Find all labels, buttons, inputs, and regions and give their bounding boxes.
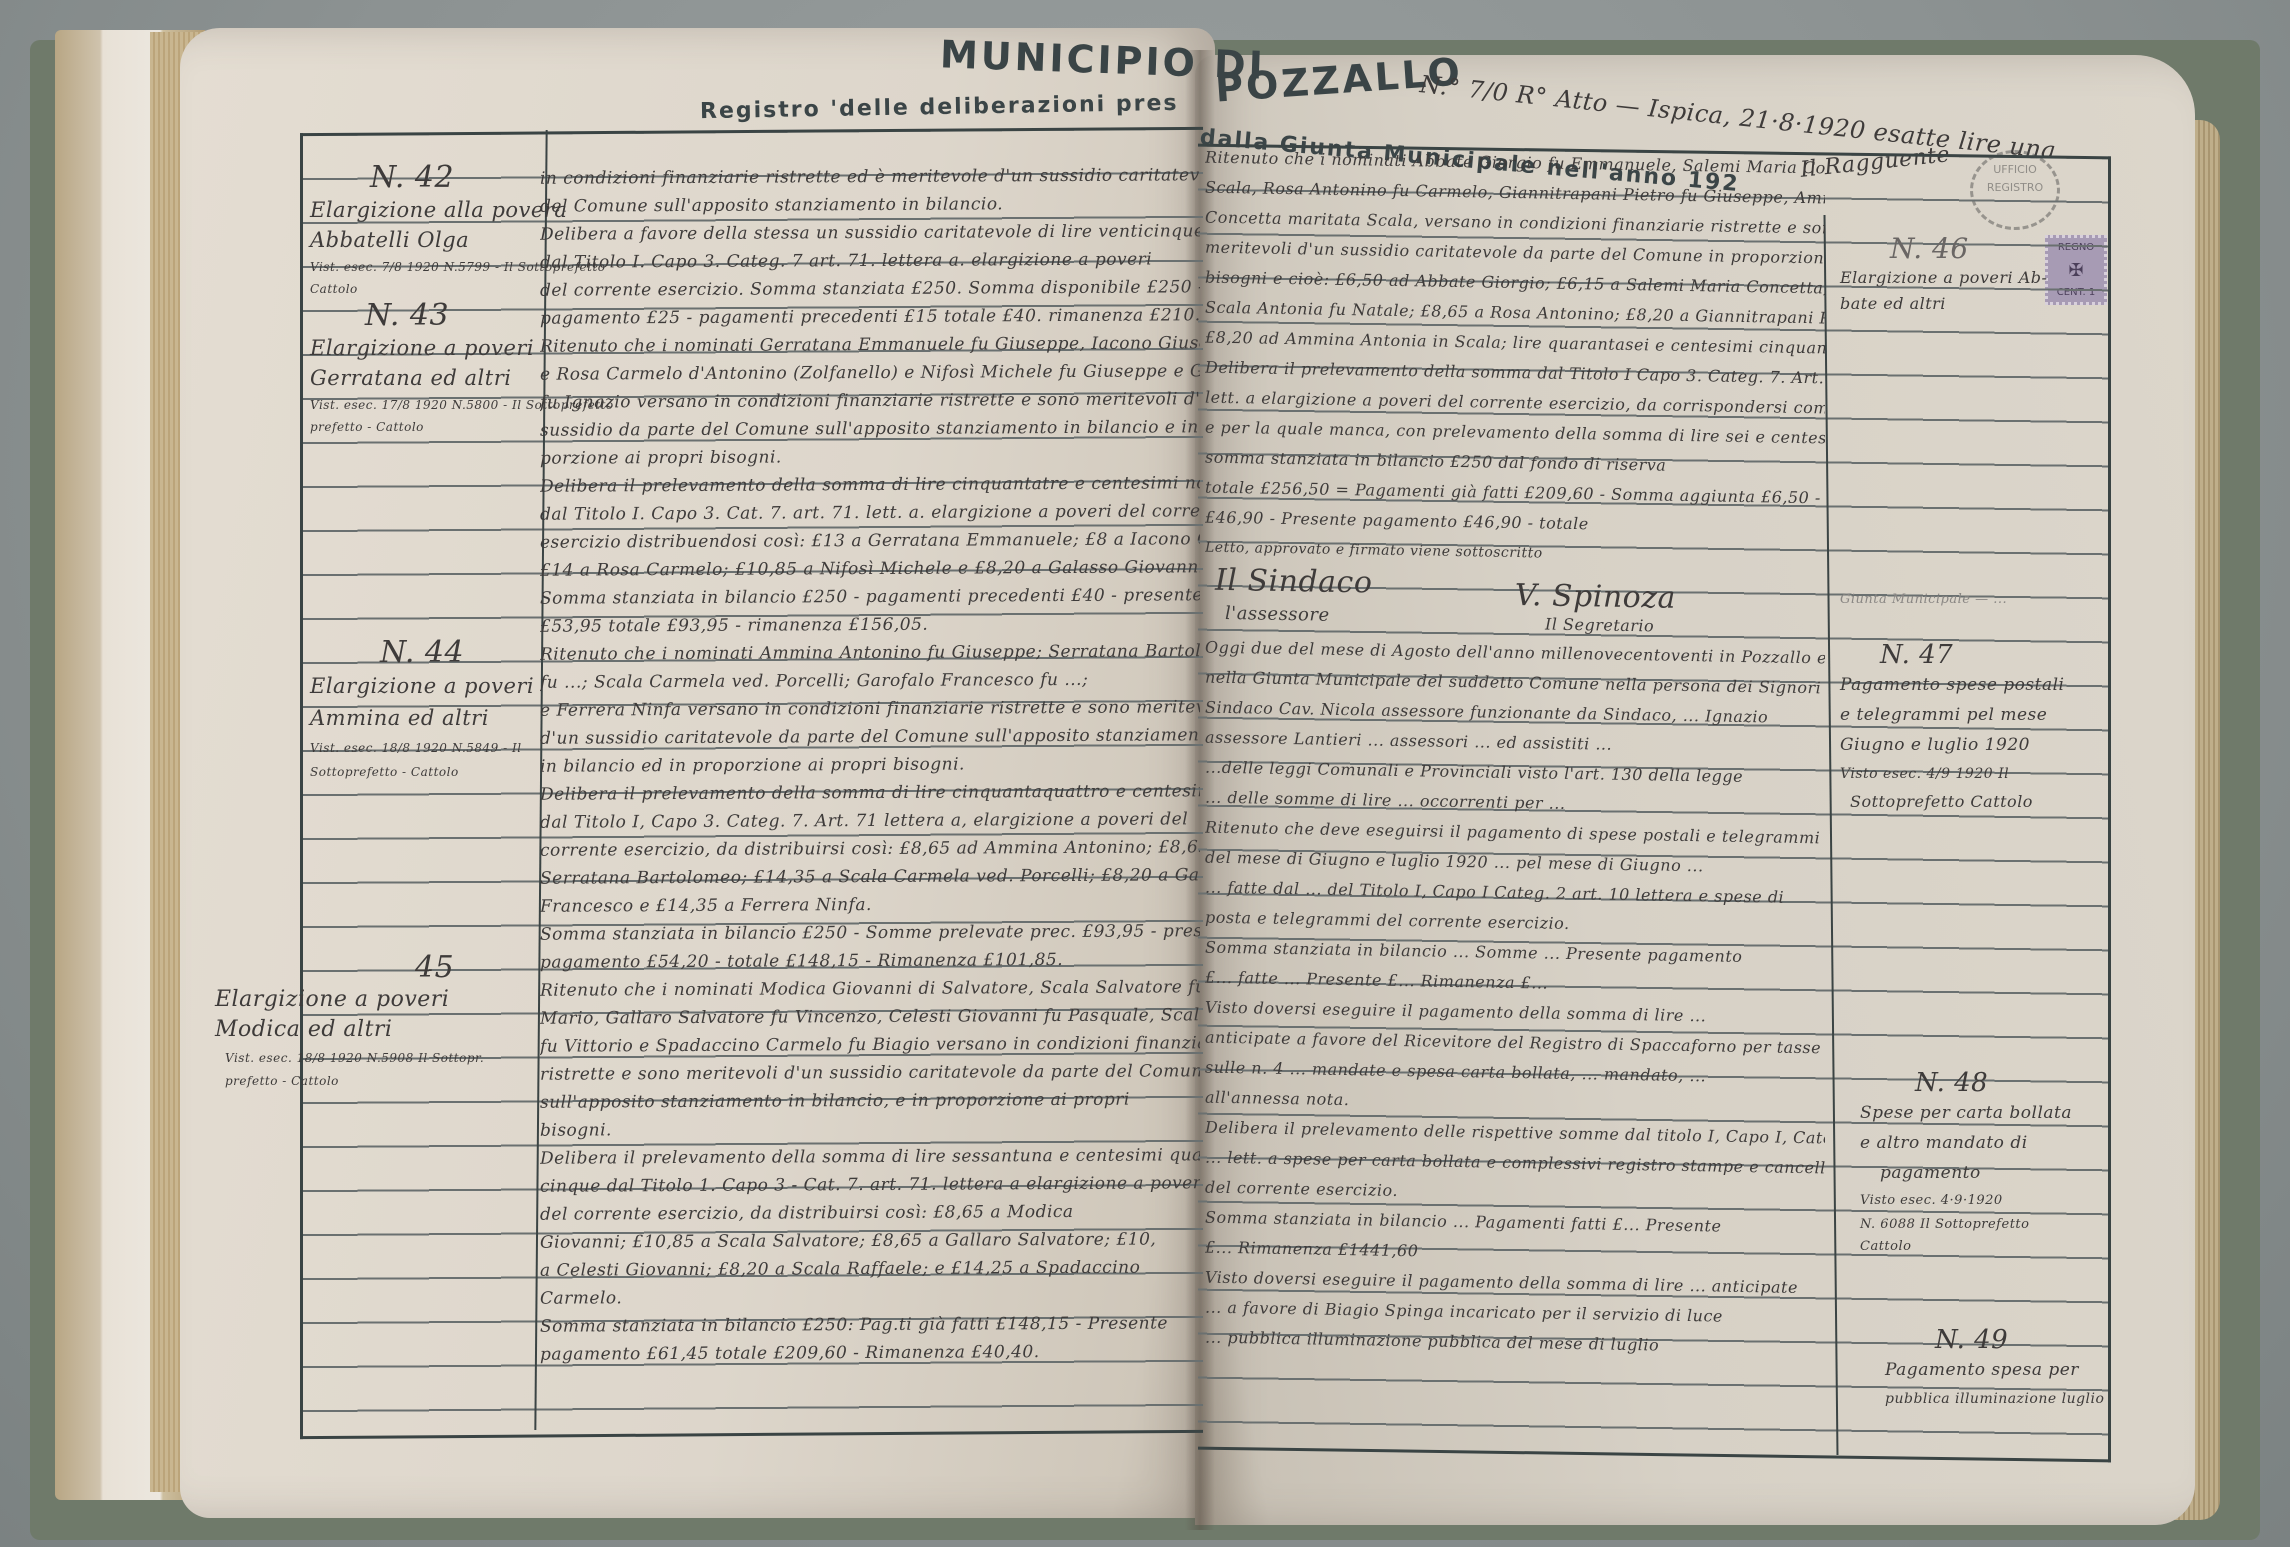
text-line: Mario, Gallaro Salvatore fu Vincenzo, Ce… [540,1001,1200,1032]
entry-note: N. 6088 Il Sottoprefetto [1860,1214,2072,1236]
entry-number: N. 47 [1880,640,2064,670]
text-line: dal Titolo I, Capo 3. Categ. 7. Art. 71 … [540,805,1200,836]
text-line: porzione ai propri bisogni. [540,441,1200,472]
text-line: pagamento £25 - pagamenti precedenti £15… [540,301,1200,332]
text-line [540,1365,1200,1396]
entry-number: N. 44 [380,635,534,670]
entry-title: Pagamento spesa per [1885,1355,2104,1385]
text-line: del corrente esercizio, da distribuirsi … [540,1197,1200,1228]
text-line: pagamento £54,20 - totale £148,15 - Rima… [540,945,1200,976]
text-line: e Rosa Carmelo d'Antonino (Zolfanello) e… [540,357,1200,388]
left-page-body: in condizioni finanziarie ristrette ed è… [540,161,1200,1396]
entry-title: Giugno e luglio 1920 [1840,730,2064,760]
text-line: fu Vittorio e Spadaccino Carmelo fu Biag… [540,1029,1200,1060]
entry-title: e telegrammi pel mese [1840,700,2064,730]
text-line: cinque dal Titolo 1. Capo 3 - Cat. 7. ar… [540,1169,1200,1200]
text-line: sussidio da parte del Comune sull'apposi… [540,413,1200,444]
entry-note: Cattolo [1860,1236,2072,1258]
signature-segretario-role: Il Segretario [1545,615,1654,636]
text-line: pagamento £61,45 totale £209,60 - Rimane… [540,1337,1200,1368]
entry-note: Sottoprefetto - Cattolo [310,762,534,782]
entry-note: Sottoprefetto Cattolo [1850,788,2064,816]
text-line: fu Ignazio versano in condizioni finanzi… [540,385,1200,416]
text-line: Ritenuto che i nominati Ammina Antonino … [540,637,1200,668]
text-line: Somma stanziata in bilancio £250 - Somme… [540,917,1200,948]
text-line: Carmelo. [540,1281,1200,1312]
signature-assessore: l'assessore [1225,603,1330,626]
entry-note: Vist. esec. 18/8 1920 N.5908 Il Sottopr. [225,1045,484,1071]
signature-block: Il Sindaco l'assessore V. Spinoza Il Seg… [1205,563,1825,644]
entry-title: Modica ed altri [215,1015,484,1045]
text-line: Serratana Bartolomeo; £14,35 a Scala Car… [540,861,1200,892]
text-line: Giovanni; £10,85 a Scala Salvatore; £8,6… [540,1225,1200,1256]
margin-entry: N. 47 Pagamento spese postali e telegram… [1840,640,2064,816]
entry-title: Ammina ed altri [310,702,534,734]
text-line: £14 a Rosa Carmelo; £10,85 a Nifosì Mich… [540,553,1200,584]
entry-title: bate ed altri [1840,291,2047,317]
entry-note: prefetto - Cattolo [225,1071,484,1091]
entry-number: N. 48 [1915,1068,2072,1098]
margin-entry: N. 44 Elargizione a poveri Ammina ed alt… [310,635,534,782]
text-line: Francesco e £14,35 a Ferrera Ninfa. [540,889,1200,920]
margin-entry: 45 Elargizione a poveri Modica ed altri … [215,950,484,1091]
margin-entry: N. 49 Pagamento spesa per pubblica illum… [1840,1325,2104,1413]
entry-title: Elargizione a poveri [310,670,534,702]
text-line: Ritenuto che i nominati Gerratana Emmanu… [540,329,1200,360]
entry-title: Elargizione a poveri [215,985,484,1015]
signature-segretario: V. Spinoza [1515,578,1676,616]
right-page-body: Ritenuto che i nominati Abbate Giorgio f… [1205,143,1825,1364]
entry-title: pagamento [1880,1158,2072,1188]
margin-entry: N. 46 Elargizione a poveri Ab- bate ed a… [1840,232,2047,317]
text-line: Somma stanziata in bilancio £250: Pag.ti… [540,1309,1200,1340]
text-line: in condizioni finanziarie ristrette ed è… [540,161,1200,192]
entry-number: N. 49 [1935,1325,2104,1355]
entry-note: Visto esec. 4·9·1920 [1860,1188,2072,1214]
text-line: ristrette e sono meritevoli d'un sussidi… [540,1057,1200,1088]
entry-note: Vist. esec. 18/8 1920 N.5849 - Il [310,734,534,762]
entry-title: Elargizione a poveri Ab- [1840,265,2047,291]
entry-number: N. 46 [1890,232,2047,265]
text-line: esercizio distribuendosi così: £13 a Ger… [540,525,1200,556]
entry-title: pubblica illuminazione luglio [1885,1385,2104,1413]
text-line: Somma stanziata in bilancio £250 - pagam… [540,581,1200,612]
text-line: Delibera a favore della stessa un sussid… [540,217,1200,248]
text-line: dal Titolo I. Capo 3. Categ. 7 art. 71. … [540,245,1200,276]
pencil-note: Giunta Municipale — ... [1840,592,2007,607]
text-line: dal Titolo I. Capo 3. Cat. 7. art. 71. l… [540,497,1200,528]
text-line: Delibera il prelevamento della somma di … [540,777,1200,808]
text-line: in bilancio ed in proporzione ai propri … [540,749,1200,780]
text-line: sull'apposito stanziamento in bilancio, … [540,1085,1200,1116]
entry-note: Visto esec. 4/9 1920 Il [1840,760,2064,788]
text-line: d'un sussidio caritatevole da parte del … [540,721,1200,752]
text-line: bisogni. [540,1113,1200,1144]
margin-entry: N. 48 Spese per carta bollata e altro ma… [1840,1068,2072,1258]
right-margin-column: N. 46 Elargizione a poveri Ab- bate ed a… [1840,0,2110,1547]
text-line: Delibera il prelevamento della somma di … [540,469,1200,500]
entry-title: Spese per carta bollata [1860,1098,2072,1128]
text-line: corrente esercizio, da distribuirsi così… [540,833,1200,864]
entry-title: Pagamento spese postali [1840,670,2064,700]
text-line: del corrente esercizio. Somma stanziata … [540,273,1200,304]
text-line: del Comune sull'apposito stanziamento in… [540,189,1200,220]
text-line: e Ferrera Ninfa versano in condizioni fi… [540,693,1200,724]
text-line: Delibera il prelevamento della somma di … [540,1141,1200,1172]
entry-number: 45 [415,950,484,985]
text-line: £53,95 totale £93,95 - rimanenza £156,05… [540,609,1200,640]
text-line: fu ...; Scala Carmela ved. Porcelli; Gar… [540,665,1200,696]
signature-sindaco: Il Sindaco [1215,563,1372,601]
text-line: Ritenuto che i nominati Modica Giovanni … [540,973,1200,1004]
entry-title: e altro mandato di [1860,1128,2072,1158]
text-line: a Celesti Giovanni; £8,20 a Scala Raffae… [540,1253,1200,1284]
